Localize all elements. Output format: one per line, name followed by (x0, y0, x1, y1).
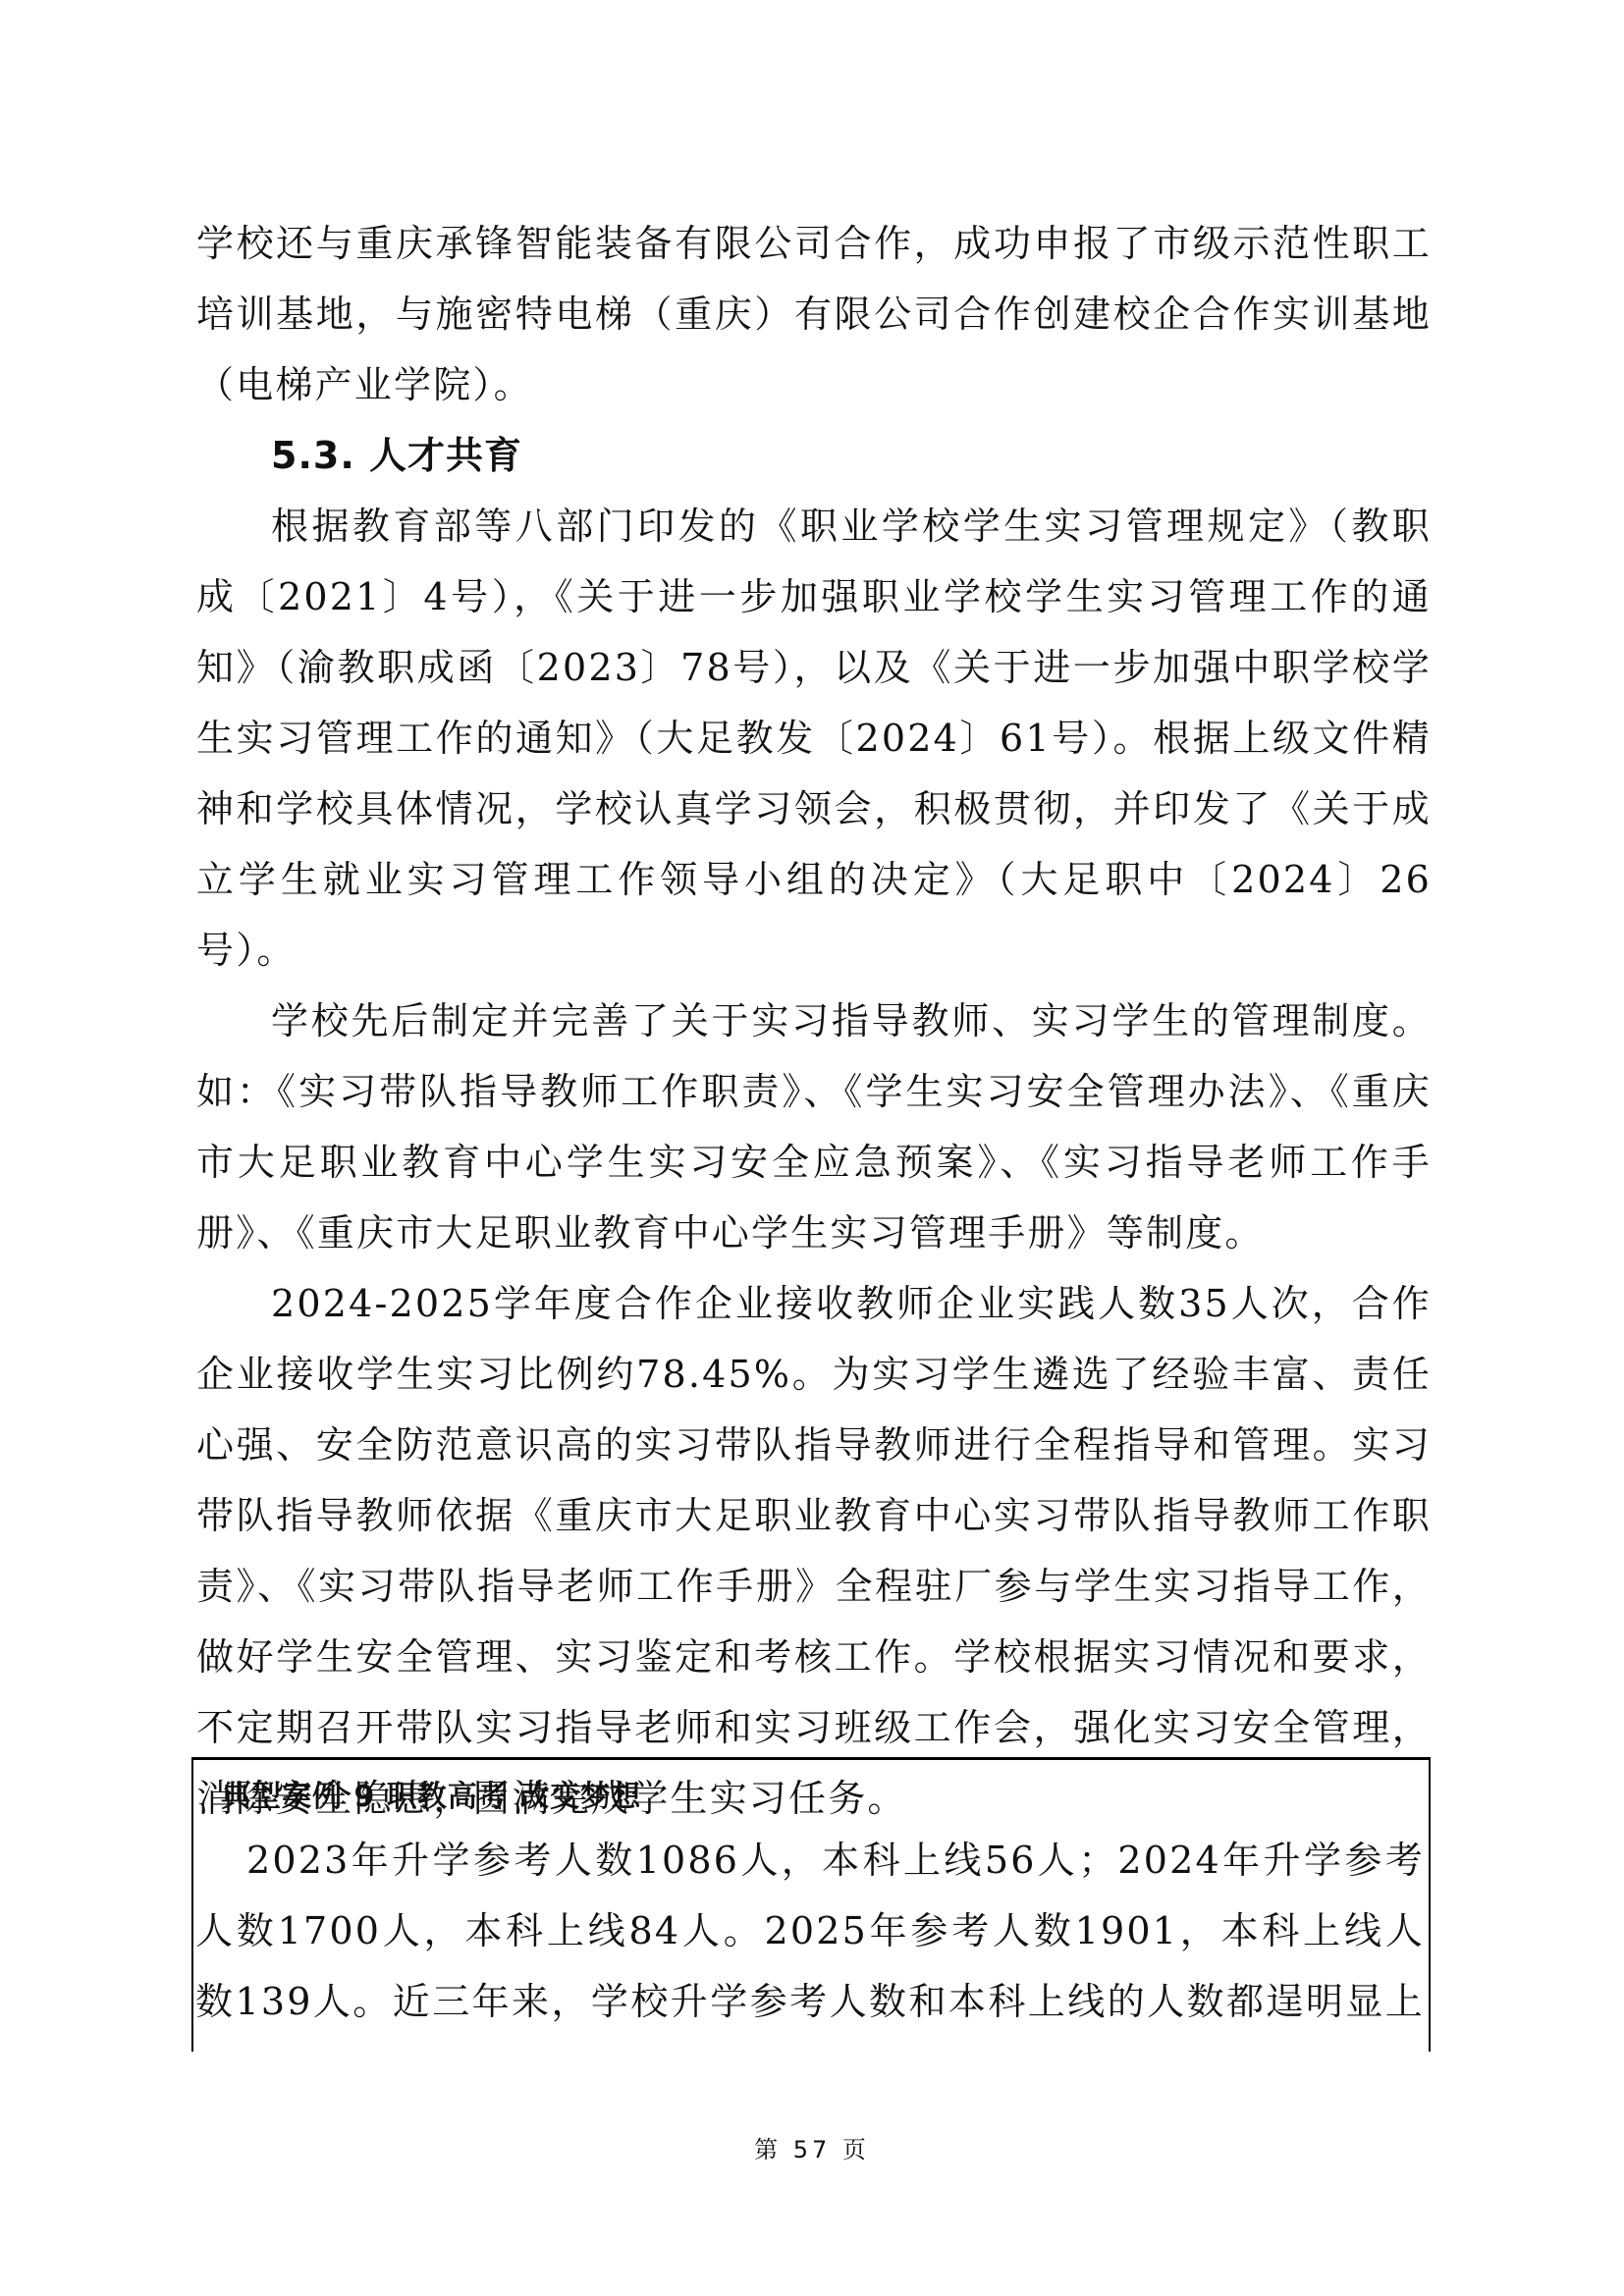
paragraph-intro: 学校还与重庆承锋智能装备有限公司合作，成功申报了市级示范性职工培训基地，与施密特… (196, 208, 1432, 420)
paragraph-internship-stats: 2024-2025学年度合作企业接收教师企业实践人数35人次，合作企业接收学生实… (196, 1268, 1432, 1834)
document-page: 学校还与重庆承锋智能装备有限公司合作，成功申报了市级示范性职工培训基地，与施密特… (196, 208, 1432, 1834)
case-study-title: 典型案例 9 职教高考 改变梦想 (221, 1778, 1429, 1817)
paragraph-regulations: 根据教育部等八部门印发的《职业学校学生实习管理规定》（教职成〔2021〕4号），… (196, 491, 1432, 986)
page-number-footer: 第 57 页 (0, 2130, 1624, 2164)
section-heading: 5.3. 人才共育 (196, 420, 1432, 491)
case-study-box: 典型案例 9 职教高考 改变梦想 2023年升学参考人数1086人，本科上线56… (191, 1757, 1431, 2052)
paragraph-management-system: 学校先后制定并完善了关于实习指导教师、实习学生的管理制度。如：《实习带队指导教师… (196, 986, 1432, 1268)
case-study-body: 2023年升学参考人数1086人，本科上线56人；2024年升学参考人数1700… (195, 1825, 1425, 2052)
